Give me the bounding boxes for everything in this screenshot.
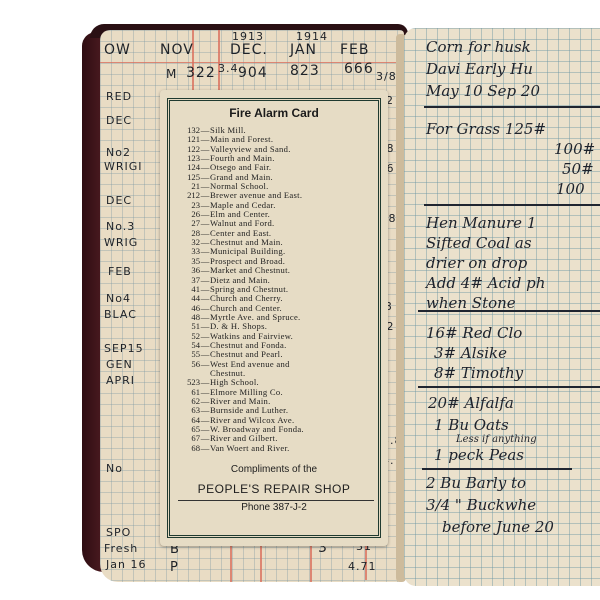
note-line: 16# Red Clo xyxy=(426,324,522,342)
note-line: May 10 Sep 20 xyxy=(426,82,540,100)
margin-label: DEC xyxy=(106,114,132,127)
margin-label: No xyxy=(106,462,123,475)
note-underline xyxy=(418,386,600,388)
year-label: 1914 xyxy=(296,30,328,43)
notebook-left: OW NOV DEC. JAN FEB 1913 1914 M 322 3.4 … xyxy=(82,24,412,586)
row-total: 4.71 xyxy=(348,560,377,573)
col-header: DEC. xyxy=(230,42,268,58)
alarm-box-entry: 68—Van Woert and River. xyxy=(176,444,378,453)
card-title: Fire Alarm Card xyxy=(160,106,388,120)
margin-label: DEC xyxy=(106,194,132,207)
alarm-box-entry: 56—West End avenue and xyxy=(176,360,378,369)
margin-label: No2 xyxy=(106,146,131,159)
alarm-box-number: 68 xyxy=(176,444,200,453)
margin-label: No.3 xyxy=(106,220,135,233)
year-label: 1913 xyxy=(232,30,264,43)
note-line: 3# Alsike xyxy=(434,344,507,362)
row-value: 322 xyxy=(186,65,216,81)
note-line: 1 peck Peas xyxy=(434,446,524,464)
margin-label: WRIGI xyxy=(104,160,143,173)
col-header: OW xyxy=(104,42,131,58)
col-header: JAN xyxy=(290,42,317,58)
note-line: Add 4# Acid ph xyxy=(426,274,545,292)
row-value: 666 xyxy=(344,61,374,77)
fire-alarm-card: Fire Alarm Card 132—Silk Mill.121—Main a… xyxy=(160,90,388,546)
note-line: Hen Manure 1 xyxy=(426,214,536,232)
ledger-red-rule xyxy=(230,540,232,582)
margin-label: No4 xyxy=(106,292,131,305)
alarm-box-location: Van Woert and River. xyxy=(210,444,378,453)
note-underline xyxy=(422,468,572,470)
margin-label: WRIG xyxy=(104,236,138,249)
note-line: 8# Timothy xyxy=(434,364,523,382)
margin-label: RED xyxy=(106,90,132,103)
dash-separator: — xyxy=(200,444,210,453)
margin-label: SEP15 xyxy=(104,342,144,355)
card-divider xyxy=(178,500,374,501)
margin-label: Fresh xyxy=(104,542,138,555)
ledger-red-rule xyxy=(310,540,312,582)
margin-label: GEN xyxy=(106,358,133,371)
note-line: Davi Early Hu xyxy=(426,60,533,78)
note-line: 3/4 " Buckwhe xyxy=(426,496,536,514)
ledger-red-rule xyxy=(218,30,220,90)
note-line: 50# xyxy=(562,160,594,178)
note-line: Corn for husk xyxy=(426,38,531,56)
ledger-page: OW NOV DEC. JAN FEB 1913 1914 M 322 3.4 … xyxy=(100,30,404,582)
row-value: 3.4 xyxy=(218,62,239,75)
ledger-red-rule xyxy=(260,540,262,582)
note-line: before June 20 xyxy=(442,518,554,536)
note-line: Sifted Coal as xyxy=(426,234,532,252)
note-underline xyxy=(424,204,600,206)
note-underline xyxy=(424,106,600,108)
row-value: 823 xyxy=(290,63,320,79)
row-label: P xyxy=(170,560,179,575)
card-footer-phone: Phone 387-J-2 xyxy=(160,502,388,513)
alarm-box-number: 56 xyxy=(176,360,200,369)
note-line: Less if anything xyxy=(456,434,537,445)
note-line: 100 xyxy=(556,180,585,198)
margin-label: Jan 16 xyxy=(106,558,146,571)
note-line: 100# xyxy=(554,140,595,158)
card-footer-compliments: Compliments of the xyxy=(160,464,388,475)
alarm-box-list: 132—Silk Mill.121—Main and Forest.122—Va… xyxy=(176,126,378,453)
margin-label: SPO xyxy=(106,526,131,539)
note-line: For Grass 125# xyxy=(426,120,546,138)
note-line: drier on drop xyxy=(426,254,527,272)
notes-page: Corn for husk Davi Early Hu May 10 Sep 2… xyxy=(404,28,600,586)
margin-value: 3/8 xyxy=(376,70,397,83)
card-footer-shop: PEOPLE'S REPAIR SHOP xyxy=(160,482,388,496)
col-header: FEB xyxy=(340,42,370,58)
margin-label: FEB xyxy=(108,265,132,278)
note-line: 20# Alfalfa xyxy=(428,394,514,412)
note-line: 2 Bu Barly to xyxy=(426,474,526,492)
ledger-red-rule xyxy=(192,30,194,90)
row-label: M xyxy=(166,67,177,81)
margin-label: APRI xyxy=(106,374,135,387)
dash-separator: — xyxy=(200,360,210,369)
note-underline xyxy=(418,310,600,312)
note-line: 1 Bu Oats xyxy=(434,416,509,434)
margin-label: BLAC xyxy=(104,308,137,321)
col-header: NOV xyxy=(160,42,194,58)
row-value: 904 xyxy=(238,65,268,81)
